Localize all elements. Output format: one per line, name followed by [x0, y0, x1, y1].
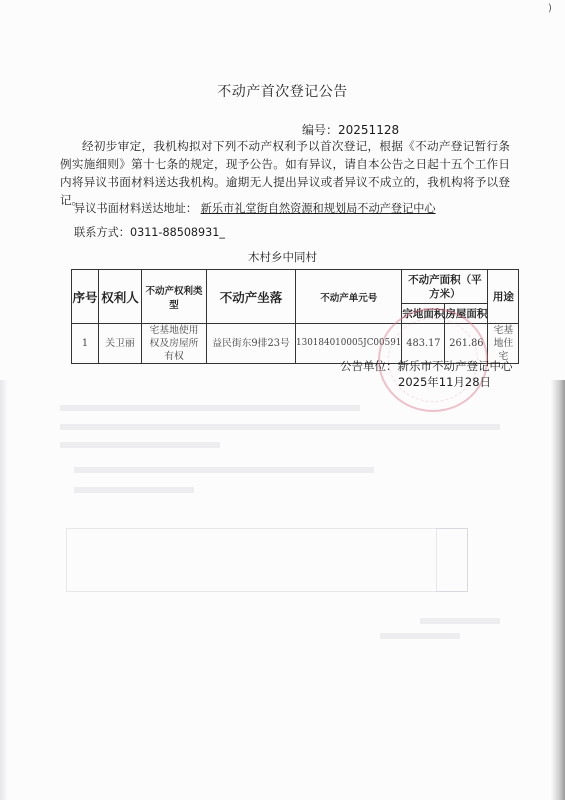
- contact-label: 联系方式：: [74, 226, 130, 239]
- issuer-label: 公告单位：: [340, 359, 398, 373]
- objection-address: 异议书面材料送达地址： 新乐市礼堂街自然资源和规划局不动产登记中心: [74, 200, 436, 216]
- cell-right-type: 宅基地使用权及房屋所有权: [142, 324, 207, 364]
- scan-shadow-left: [0, 380, 8, 800]
- header-unit-no: 不动产单元号: [296, 270, 402, 324]
- village-heading: 木村乡中同村: [0, 249, 565, 265]
- contact-value: 0311-88508931_: [130, 226, 225, 239]
- header-holder: 权利人: [99, 270, 142, 324]
- scanned-page: ) 不动产首次登记公告 编号：20251128 经初步审定，我机构拟对下列不动产…: [0, 0, 565, 800]
- body-paragraph: 经初步审定，我机构拟对下列不动产权利予以首次登记，根据《不动产登记暂行条例实施细…: [60, 137, 510, 209]
- header-right-type: 不动产权利类型: [142, 270, 207, 324]
- header-serial: 序号: [72, 270, 99, 324]
- cell-holder: 关卫丽: [99, 324, 142, 364]
- cell-location: 益民街东9排23号: [207, 324, 296, 364]
- header-area-group-text: 不动产面积（平方米）: [405, 273, 485, 301]
- objection-address-value: 新乐市礼堂街自然资源和规划局不动产登记中心: [201, 202, 436, 215]
- header-area-group: 不动产面积（平方米）: [402, 270, 488, 304]
- cell-right-type-text: 宅基地使用权及房屋所有权: [145, 324, 203, 363]
- header-usage: 用途: [488, 270, 519, 324]
- issuer-value: 新乐市不动产登记中心: [398, 359, 513, 373]
- issue-date: 2025年11月28日: [398, 374, 491, 390]
- scan-shadow-right: [551, 380, 565, 800]
- notice-number-value: 20251128: [338, 123, 399, 137]
- page-title: 不动产首次登记公告: [0, 81, 565, 101]
- issuer: 公告单位：新乐市不动产登记中心: [340, 358, 513, 374]
- header-location: 不动产坐落: [207, 270, 296, 324]
- notice-number-label: 编号：: [302, 123, 338, 137]
- notice-number: 编号：20251128: [302, 121, 399, 138]
- objection-address-label: 异议书面材料送达地址：: [74, 202, 197, 215]
- corner-mark: ): [548, 3, 552, 14]
- cell-serial: 1: [72, 324, 99, 364]
- contact-info: 联系方式：0311-88508931_: [74, 224, 225, 240]
